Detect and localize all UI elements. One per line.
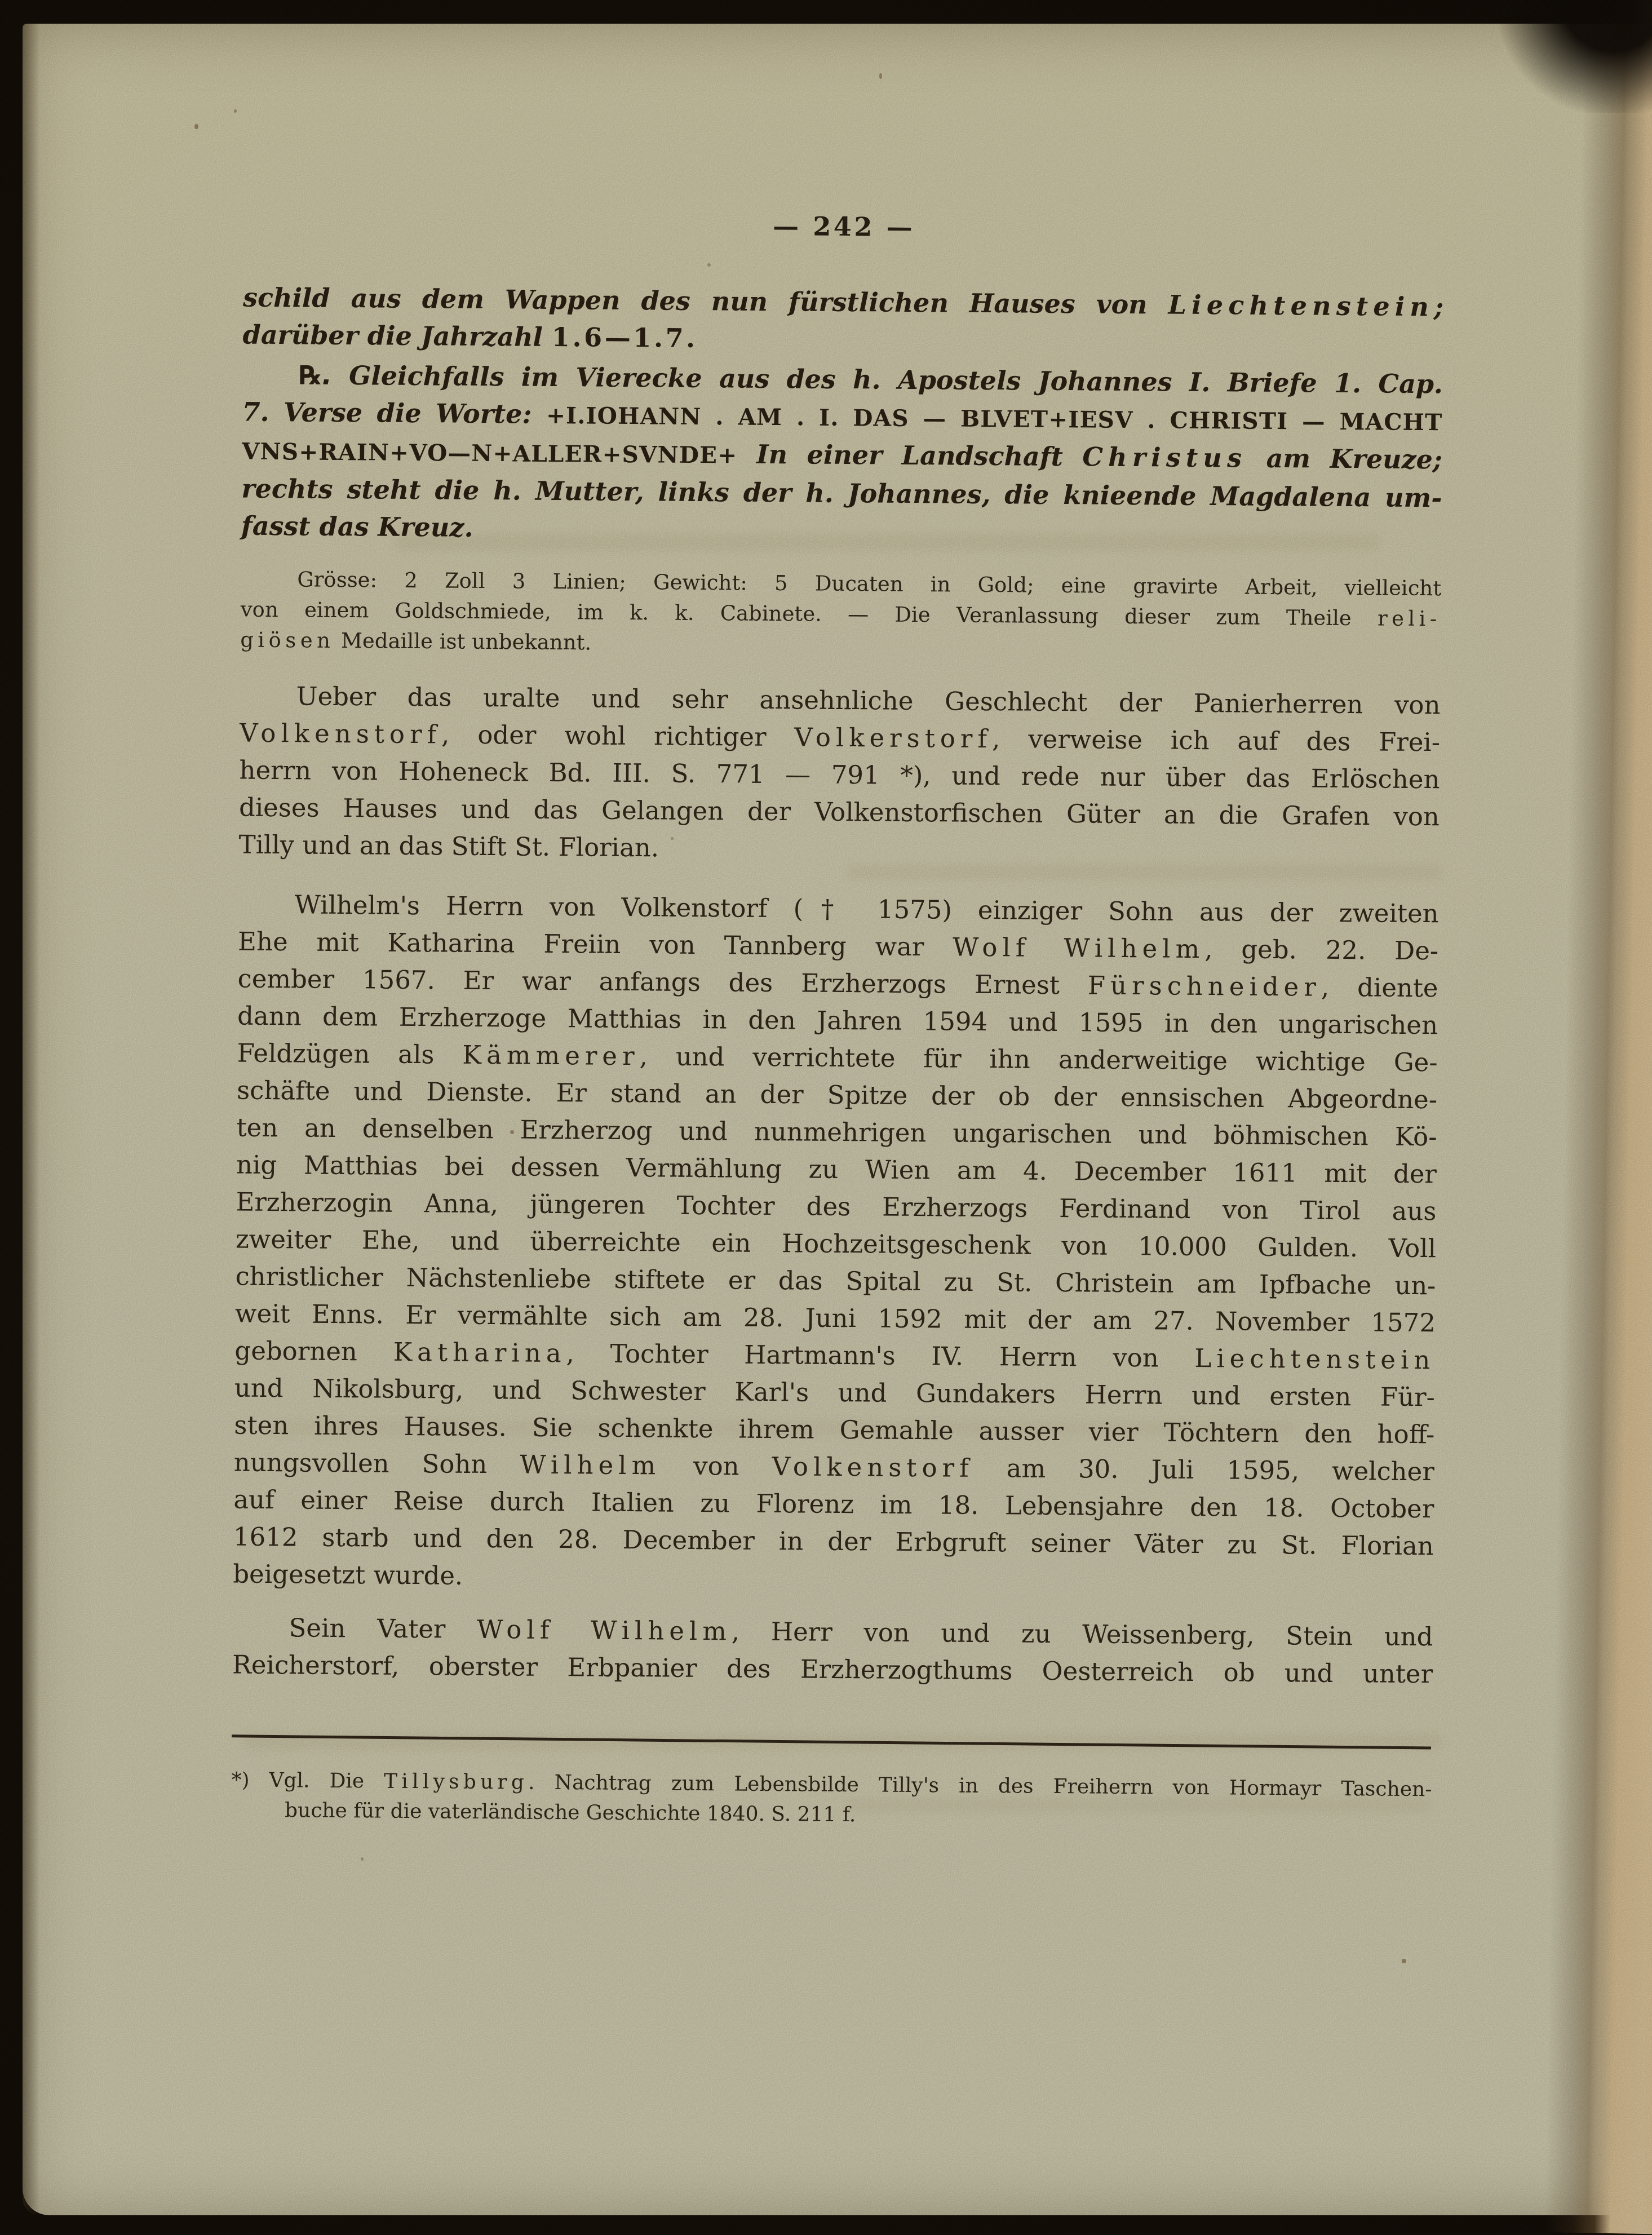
text-segment: Fürschneider — [1088, 970, 1321, 1002]
text-segment: weit Enns. Er vermählte sich am 28. Juni… — [235, 1299, 1436, 1338]
text-segment: von — [661, 1451, 772, 1482]
book-gutter — [1544, 0, 1652, 2235]
gutter-top-shadow — [1499, 0, 1652, 113]
text-segment: giösen — [240, 628, 334, 653]
paragraph-sein-vater: Sein Vater Wolf Wilhelm, Herr von und zu… — [232, 1609, 1433, 1693]
text-segment: *) Vgl. Die — [231, 1769, 384, 1793]
paper-speck — [234, 109, 237, 113]
text-segment: Liechtenstein — [1168, 290, 1434, 322]
text-segment: am Kreuze; — [1247, 443, 1442, 475]
text-segment: Erzherzogin Anna, jüngeren Tochter des E… — [236, 1187, 1436, 1227]
text-segment: , und verrichtete für ihn anderweitige w… — [639, 1041, 1437, 1077]
paper-speck — [194, 124, 198, 129]
text-segment: Volkenstorf — [240, 718, 442, 750]
paragraph-medal-size: Grösse: 2 Zoll 3 Linien; Gewicht: 5 Duca… — [240, 564, 1441, 665]
text-segment: Feldzügen als — [237, 1038, 462, 1070]
text-segment: und Nikolsburg, und Schwester Karl's und… — [234, 1373, 1435, 1413]
text-segment: Ehe mit Katharina Freiin von Tannberg wa… — [238, 927, 953, 962]
text-segment: sten ihres Hauses. Sie schenkte ihrem Ge… — [234, 1410, 1434, 1450]
text-segment: In einer Landschaft — [756, 439, 1083, 472]
paragraph-reverse: ℞. Gleichfalls im Vierecke aus des h. Ap… — [241, 356, 1443, 554]
text-segment: Tillysburg — [384, 1770, 528, 1794]
text-segment: VNS+RAIN+VO—N+ALLER+SVNDE+ — [242, 438, 757, 469]
text-segment: nig Matthias bei dessen Vermählung zu Wi… — [236, 1150, 1437, 1189]
text-segment: zweiter Ehe, und überreichte ein Hochzei… — [236, 1224, 1436, 1264]
text-segment: cember 1567. Er war anfangs des Erzherzo… — [237, 964, 1088, 1001]
scanned-book-photo: { "colors": { "background": "#120d07", "… — [0, 0, 1652, 2235]
paragraph-volkenstorf-intro: Ueber das uralte und sehr ansehnliche Ge… — [238, 678, 1441, 873]
paragraph-wilhelm: Wilhelm's Herrn von Volkenstorf († 1575)… — [233, 886, 1439, 1603]
text-segment: schild aus dem Wappen des nun fürstliche… — [243, 282, 1168, 320]
text-segment: dann dem Erzherzoge Matthias in den Jahr… — [237, 1001, 1438, 1041]
text-segment: , oder wohl richtiger — [441, 719, 795, 752]
main-text: schild aus dem Wappen des nun fürstliche… — [232, 279, 1444, 1693]
text-segment: am 30. Juli 1595, welcher — [974, 1453, 1435, 1486]
text-segment: herrn von Hoheneck Bd. III. S. 771 — 791… — [239, 755, 1440, 795]
text-segment: schäfte und Dienste. Er stand an der Spi… — [237, 1076, 1437, 1115]
text-segment: Sein Vater — [289, 1613, 477, 1644]
text-segment: christlicher Nächstenliebe stiftete er d… — [235, 1262, 1436, 1301]
text-column: — 242 — schild aus dem Wappen des nun fü… — [231, 19, 1446, 1835]
paper-speck — [361, 1857, 364, 1861]
text-segment: , verweise ich auf des Frei- — [992, 724, 1440, 757]
text-segment: 1612 starb und den 28. December in der E… — [233, 1522, 1434, 1561]
text-segment: Ueber das uralte und sehr ansehnliche Ge… — [296, 681, 1440, 720]
page-number: — 242 — — [243, 205, 1444, 249]
text-segment: ; — [1434, 291, 1443, 322]
text-segment: nungsvollen Sohn — [234, 1448, 520, 1480]
text-segment: 1.6—1.7. — [552, 322, 698, 353]
footnote-text: *) Vgl. Die Tillysburg. Nachtrag zum Leb… — [231, 1765, 1432, 1835]
text-segment: Christus — [1082, 441, 1247, 473]
text-segment: Wolf Wilhelm — [953, 932, 1204, 964]
text-segment: 7. Verse die Worte: — [242, 397, 546, 430]
text-segment: auf einer Reise durch Italien zu Florenz… — [233, 1485, 1434, 1524]
text-segment: +I.IOHANN . AM . I. DAS — BLVET+IESV . C… — [546, 402, 1443, 436]
book-page: — 242 — schild aus dem Wappen des nun fü… — [23, 24, 1652, 2215]
text-segment: von einem Goldschmiede, im k. k. Cabinet… — [241, 598, 1378, 631]
text-segment: buche für die vaterländische Geschichte … — [285, 1799, 856, 1826]
text-segment: Grösse: 2 Zoll 3 Linien; Gewicht: 5 Duca… — [297, 567, 1441, 600]
text-segment: . Nachtrag zum Lebensbilde Tilly's in de… — [528, 1771, 1432, 1802]
text-segment: Volkerstorf — [794, 722, 992, 754]
text-segment: beigesetzt wurde. — [233, 1559, 463, 1591]
text-segment: dieses Hauses und das Gelangen der Volke… — [239, 793, 1440, 832]
paragraph-shield: schild aus dem Wappen des nun fürstliche… — [242, 279, 1443, 363]
text-segment: Wolf Wilhelm — [477, 1614, 732, 1647]
text-segment: , diente — [1321, 972, 1438, 1003]
text-segment: Volkenstorf — [772, 1451, 974, 1483]
text-segment: Liechtenstein — [1194, 1343, 1435, 1375]
text-segment: , Tochter Hartmann's IV. Herrn von — [566, 1338, 1194, 1373]
text-segment: Tilly und an das Stift St. Florian. — [238, 830, 659, 863]
text-segment: Medaille ist unbekannt. — [334, 629, 591, 655]
text-segment: darüber die Jahrzahl — [242, 320, 552, 352]
text-segment: ℞. — [299, 360, 332, 390]
text-segment: reli- — [1378, 606, 1441, 631]
page-left-edge-shadow — [23, 24, 39, 2215]
text-segment: Gleichfalls im Vierecke aus des h. Apost… — [332, 360, 1443, 399]
text-segment: , geb. 22. De- — [1204, 934, 1438, 966]
text-segment: , Herr von und zu Weissenberg, Stein und — [732, 1617, 1433, 1652]
text-segment: Katharina — [393, 1337, 566, 1368]
text-segment: Kämmerer — [462, 1040, 639, 1071]
paper-speck — [1402, 1959, 1406, 1963]
text-segment: fasst das Kreuz. — [241, 511, 473, 543]
text-segment: Wilhelm — [520, 1450, 661, 1481]
text-segment: rechts steht die h. Mutter, links der h.… — [241, 473, 1442, 514]
footnote-rule — [232, 1734, 1431, 1749]
text-segment: Reicherstorf, oberster Erbpanier des Erz… — [232, 1650, 1433, 1689]
text-segment: ten an denselben Erzherzog und nunmehrig… — [236, 1113, 1437, 1152]
text-segment: Wilhelm's Herrn von Volkenstorf († 1575)… — [294, 889, 1438, 928]
text-segment: gebornen — [234, 1336, 393, 1367]
